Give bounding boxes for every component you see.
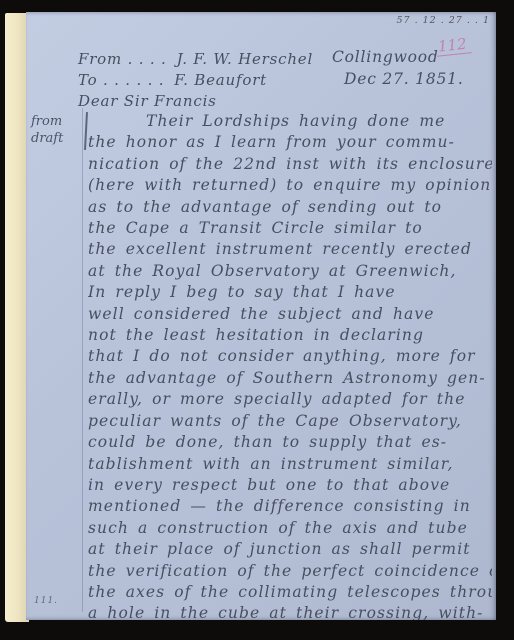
salutation: Dear Sir Francis xyxy=(78,92,217,110)
margin-rule xyxy=(82,108,83,612)
margin-note-bottom: 111. xyxy=(34,596,58,606)
body-line: peculiar wants of the Cape Observatory, xyxy=(88,411,492,432)
letter-page: 57 . 12 . 27 . . 1 112 From . . . .J. F.… xyxy=(26,12,496,620)
body-line: erally, or more specially adapted for th… xyxy=(88,389,492,410)
body-line: that I do not consider anything, more fo… xyxy=(88,346,492,367)
body-line: in every respect but one to that above xyxy=(88,475,492,496)
photo-frame: 57 . 12 . 27 . . 1 112 From . . . .J. F.… xyxy=(0,0,514,640)
letter-body: Their Lordships having done methe honor … xyxy=(88,111,492,620)
header-from-row: From . . . .J. F. W. Herschel xyxy=(78,50,313,68)
margin-note-from-draft: from draft xyxy=(31,113,63,147)
body-line: at the Royal Observatory at Greenwich, xyxy=(88,261,492,282)
body-line: the axes of the collimating telescopes t… xyxy=(88,582,492,603)
margin-note-bar xyxy=(84,112,87,150)
body-line: nication of the 22nd inst with its enclo… xyxy=(88,154,492,175)
body-line: the verification of the perfect coincide… xyxy=(88,561,492,582)
body-line: a hole in the cube at their crossing, wi… xyxy=(88,603,492,620)
body-line: Their Lordships having done me xyxy=(88,111,492,132)
body-line: the honor as I learn from your commu- xyxy=(88,132,492,153)
folio-number: 112 xyxy=(435,34,471,57)
body-line: mentioned — the difference consisting in xyxy=(88,496,492,517)
body-line: could be done, than to supply that es- xyxy=(88,432,492,453)
body-line: as to the advantage of sending out to xyxy=(88,197,492,218)
body-line: the Cape a Transit Circle similar to xyxy=(88,218,492,239)
body-line: such a construction of the axis and tube xyxy=(88,518,492,539)
body-line: well considered the subject and have xyxy=(88,304,492,325)
body-line: In reply I beg to say that I have xyxy=(88,282,492,303)
archival-reference: 57 . 12 . 27 . . 1 xyxy=(396,15,490,26)
place-line: Collingwood xyxy=(332,48,439,66)
to-value: F. Beaufort xyxy=(174,71,267,89)
body-line: at their place of junction as shall perm… xyxy=(88,539,492,560)
body-line: the excellent instrument recently erecte… xyxy=(88,239,492,260)
to-label: To . . . . . . xyxy=(78,71,164,89)
header-to-row: To . . . . . .F. Beaufort xyxy=(78,71,267,89)
from-label: From . . . . xyxy=(78,50,167,68)
from-value: J. F. W. Herschel xyxy=(177,50,314,68)
date-line: Dec 27. 1851. xyxy=(344,70,464,88)
body-line: tablishment with an instrument similar, xyxy=(88,454,492,475)
body-line: the advantage of Southern Astronomy gen- xyxy=(88,368,492,389)
body-line: not the least hesitation in declaring xyxy=(88,325,492,346)
body-line: (here with returned) to enquire my opini… xyxy=(88,175,492,196)
